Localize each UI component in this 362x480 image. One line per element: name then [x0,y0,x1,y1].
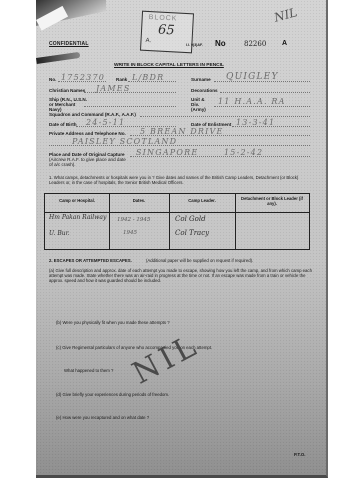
corner-annotation: NIL [273,5,299,25]
col-header-camp-leader: Camp Leader. [169,198,235,203]
table-cell-leader-2: Col Tracy [175,229,209,237]
no-value: 1752370 [61,73,105,82]
col-header-camp: Camp or Hospital. [45,198,109,203]
christian-names-label: Christian Names [49,88,85,93]
squadron-label: Squadron and Command (R.A.F., A.A.F.) [49,112,136,117]
rank-label: Rank [116,77,127,82]
capture-date: 15-2-42 [224,148,263,157]
form-suffix: A [282,40,287,47]
table-cell-dates-1: 1942 - 1945 [117,217,150,223]
address-label: Private Address and Telephone No. [49,131,126,136]
unit-label: Unit & Div. (Army) [191,97,213,112]
stamp-block-text: BLOCK [149,14,178,22]
table-cell-dates-2: 1945 [123,230,137,236]
form-code: I.I. 9(3)AF. [186,43,203,47]
date-of-birth-value: 24-5-11 [86,118,125,127]
handwritten-nil: NIL [127,328,205,392]
question-e: (e) How were you recaptured and on what … [56,415,149,420]
address-line2: PAISLEY SCOTLAND [72,137,177,146]
date-of-birth-label: Date of Birth [49,122,77,127]
question-d: (d) Give briefly your experiences during… [56,392,169,397]
section2-note: (Additional paper will be supplied on re… [146,258,253,263]
instruction-heading: WRITE IN BLOCK CAPITAL LETTERS IN PENCIL [114,63,224,68]
rank-value: L/BDR [132,73,164,82]
address-line1: 5 BREAN DRIVE [140,127,224,136]
table-cell-camp-2: U. Bur. [49,230,70,237]
stamp-letter: A. [145,38,151,44]
table-cell-camp-1: Hm Pakan Railway [49,215,107,221]
number-prefix: No [215,39,226,48]
surname-label: Surname [191,77,211,82]
pow-questionnaire-page: CONFIDENTIAL BLOCK 65 A. I.I. 9(3)AF. No… [36,0,328,478]
form-number: 82260 [244,40,266,48]
please-turn-over: P.T.O. [294,452,305,457]
section1-question: 1. What camps, detachments or hospitals … [49,175,311,185]
camps-table: Camp or Hospital. Dates. Camp Leader. De… [44,193,310,250]
christian-names-value: JAMES [96,84,131,93]
decorations-label: Decorations [191,88,218,93]
classification-label: CONFIDENTIAL [49,42,89,47]
col-header-detachment: Detachment or Block Leader (if any). [237,196,307,206]
question-a: (a) Give full description and approx. da… [49,268,313,284]
section2-title: 2. ESCAPES OR ATTEMPTED ESCAPES. [49,258,132,263]
question-b: (b) Were you physically fit when you mad… [56,320,170,325]
paper-fold-mark [36,52,80,64]
no-label: No. [49,77,56,82]
table-cell-leader-1: Col Gold [175,215,206,223]
question-c-followup: What happened to them ? [64,368,113,373]
ship-label: Ship (R.N., U.S.N. or Merchant Navy) [49,97,89,112]
surname-value: QUIGLEY [226,72,279,82]
date-of-enlistment-value: 13-3-41 [236,118,275,127]
unit-value: 11 H.A.A. RA [218,97,286,106]
capture-sublabel: (Aircrew R.A.F. to give place and date o… [49,157,129,167]
capture-place: SINGAPORE [136,148,198,157]
col-header-dates: Dates. [109,198,169,203]
stamp-number: 65 [158,23,175,39]
